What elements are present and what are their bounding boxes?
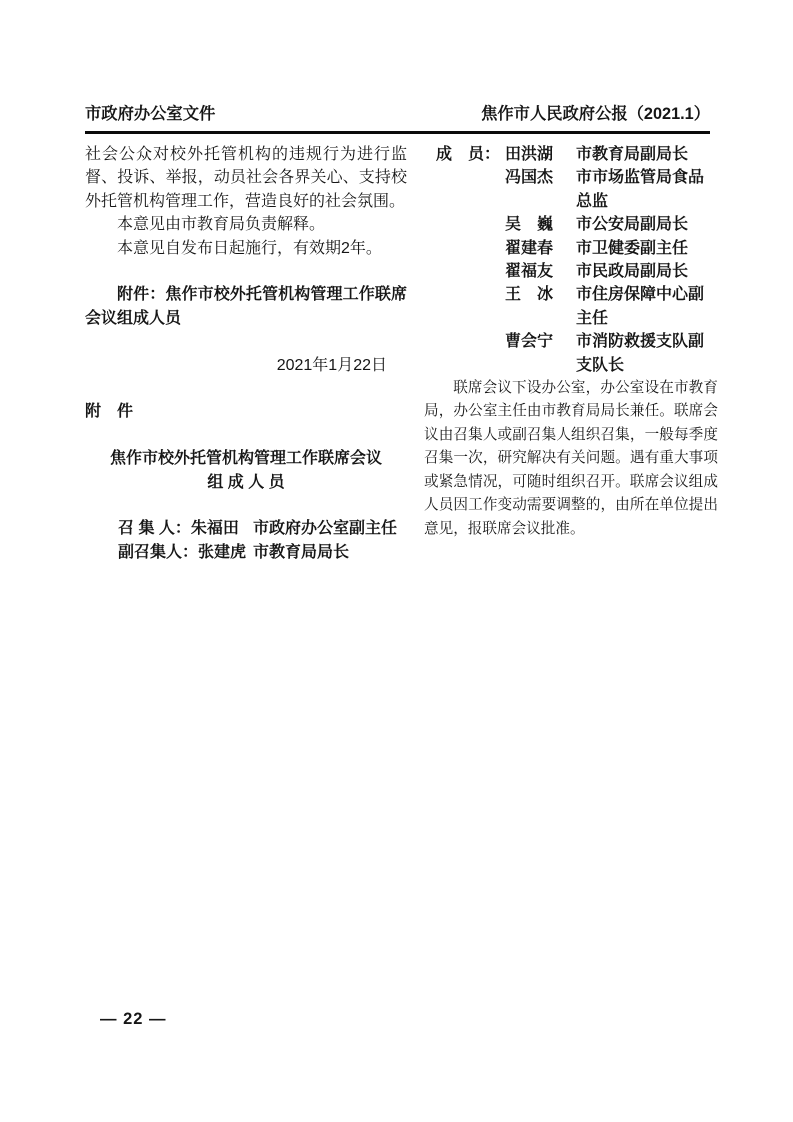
member-row: 吴 巍 市公安局副局长 (424, 213, 718, 236)
attachment-note: 附件：焦作市校外托管机构管理工作联席会议组成人员 (85, 283, 407, 330)
member-row: 成 员： 田洪湖 市教育局副局长 (424, 143, 718, 166)
member-name: 王 冰 (505, 283, 557, 306)
header-right-title: 焦作市人民政府公报（2021.1） (481, 104, 710, 124)
appendix-heading: 附 件 (85, 400, 407, 423)
document-date: 2021年1月22日 (85, 354, 407, 377)
document-page: 市政府办公室文件 焦作市人民政府公报（2021.1） 社会公众对校外托管机构的违… (0, 0, 793, 1122)
person-title: 市政府办公室副主任 (253, 517, 397, 540)
header-left-title: 市政府办公室文件 (85, 104, 215, 124)
member-title: 市消防救援支队副支队长 (576, 330, 708, 377)
person-name: 朱福田 (191, 517, 239, 540)
right-column: 成 员： 田洪湖 市教育局副局长 冯国杰 市市场监管局食品总监 吴 巍 市公安局… (424, 143, 718, 541)
member-row: 王 冰 市住房保障中心副主任 (424, 283, 718, 330)
body-paragraph: 本意见自发布日起施行，有效期2年。 (85, 237, 407, 260)
member-title: 市公安局副局长 (576, 213, 708, 236)
member-row: 冯国杰 市市场监管局食品总监 (424, 166, 718, 213)
member-row: 曹会宁 市消防救援支队副支队长 (424, 330, 718, 377)
member-name: 翟建春 (505, 237, 557, 260)
member-title: 市市场监管局食品总监 (576, 166, 708, 213)
member-title: 市住房保障中心副主任 (576, 283, 708, 330)
body-paragraph: 联席会议下设办公室，办公室设在市教育局，办公室主任由市教育局局长兼任。联席会议由… (424, 377, 718, 541)
body-paragraph: 社会公众对校外托管机构的违规行为进行监督、投诉、举报，动员社会各界关心、支持校外… (85, 143, 407, 213)
deputy-convener-row: 副召集人： 张建虎 市教育局局长 (118, 541, 407, 564)
member-name: 田洪湖 (505, 143, 557, 166)
page-header: 市政府办公室文件 焦作市人民政府公报（2021.1） (85, 104, 710, 134)
person-label: 召 集 人： (118, 517, 191, 540)
member-row: 翟建春 市卫健委副主任 (424, 237, 718, 260)
appendix-title: 焦作市校外托管机构管理工作联席会议 (85, 447, 407, 470)
member-title: 市卫健委副主任 (576, 237, 708, 260)
left-column: 社会公众对校外托管机构的违规行为进行监督、投诉、举报，动员社会各界关心、支持校外… (85, 143, 407, 564)
page-number: — 22 — (100, 1010, 167, 1029)
member-row: 翟福友 市民政局副局长 (424, 260, 718, 283)
member-name: 冯国杰 (505, 166, 557, 189)
appendix-subtitle: 组 成 人 员 (85, 471, 407, 494)
member-title: 市民政局副局长 (576, 260, 708, 283)
member-name: 曹会宁 (505, 330, 557, 353)
member-name: 翟福友 (505, 260, 557, 283)
person-label: 副召集人： (118, 541, 198, 564)
member-title: 市教育局副局长 (576, 143, 708, 166)
member-name: 吴 巍 (505, 213, 557, 236)
person-name: 张建虎 (198, 541, 246, 564)
member-label: 成 员： (436, 143, 505, 166)
person-title: 市教育局局长 (253, 541, 349, 564)
convener-row: 召 集 人： 朱福田 市政府办公室副主任 (118, 517, 407, 540)
body-paragraph: 本意见由市教育局负责解释。 (85, 213, 407, 236)
